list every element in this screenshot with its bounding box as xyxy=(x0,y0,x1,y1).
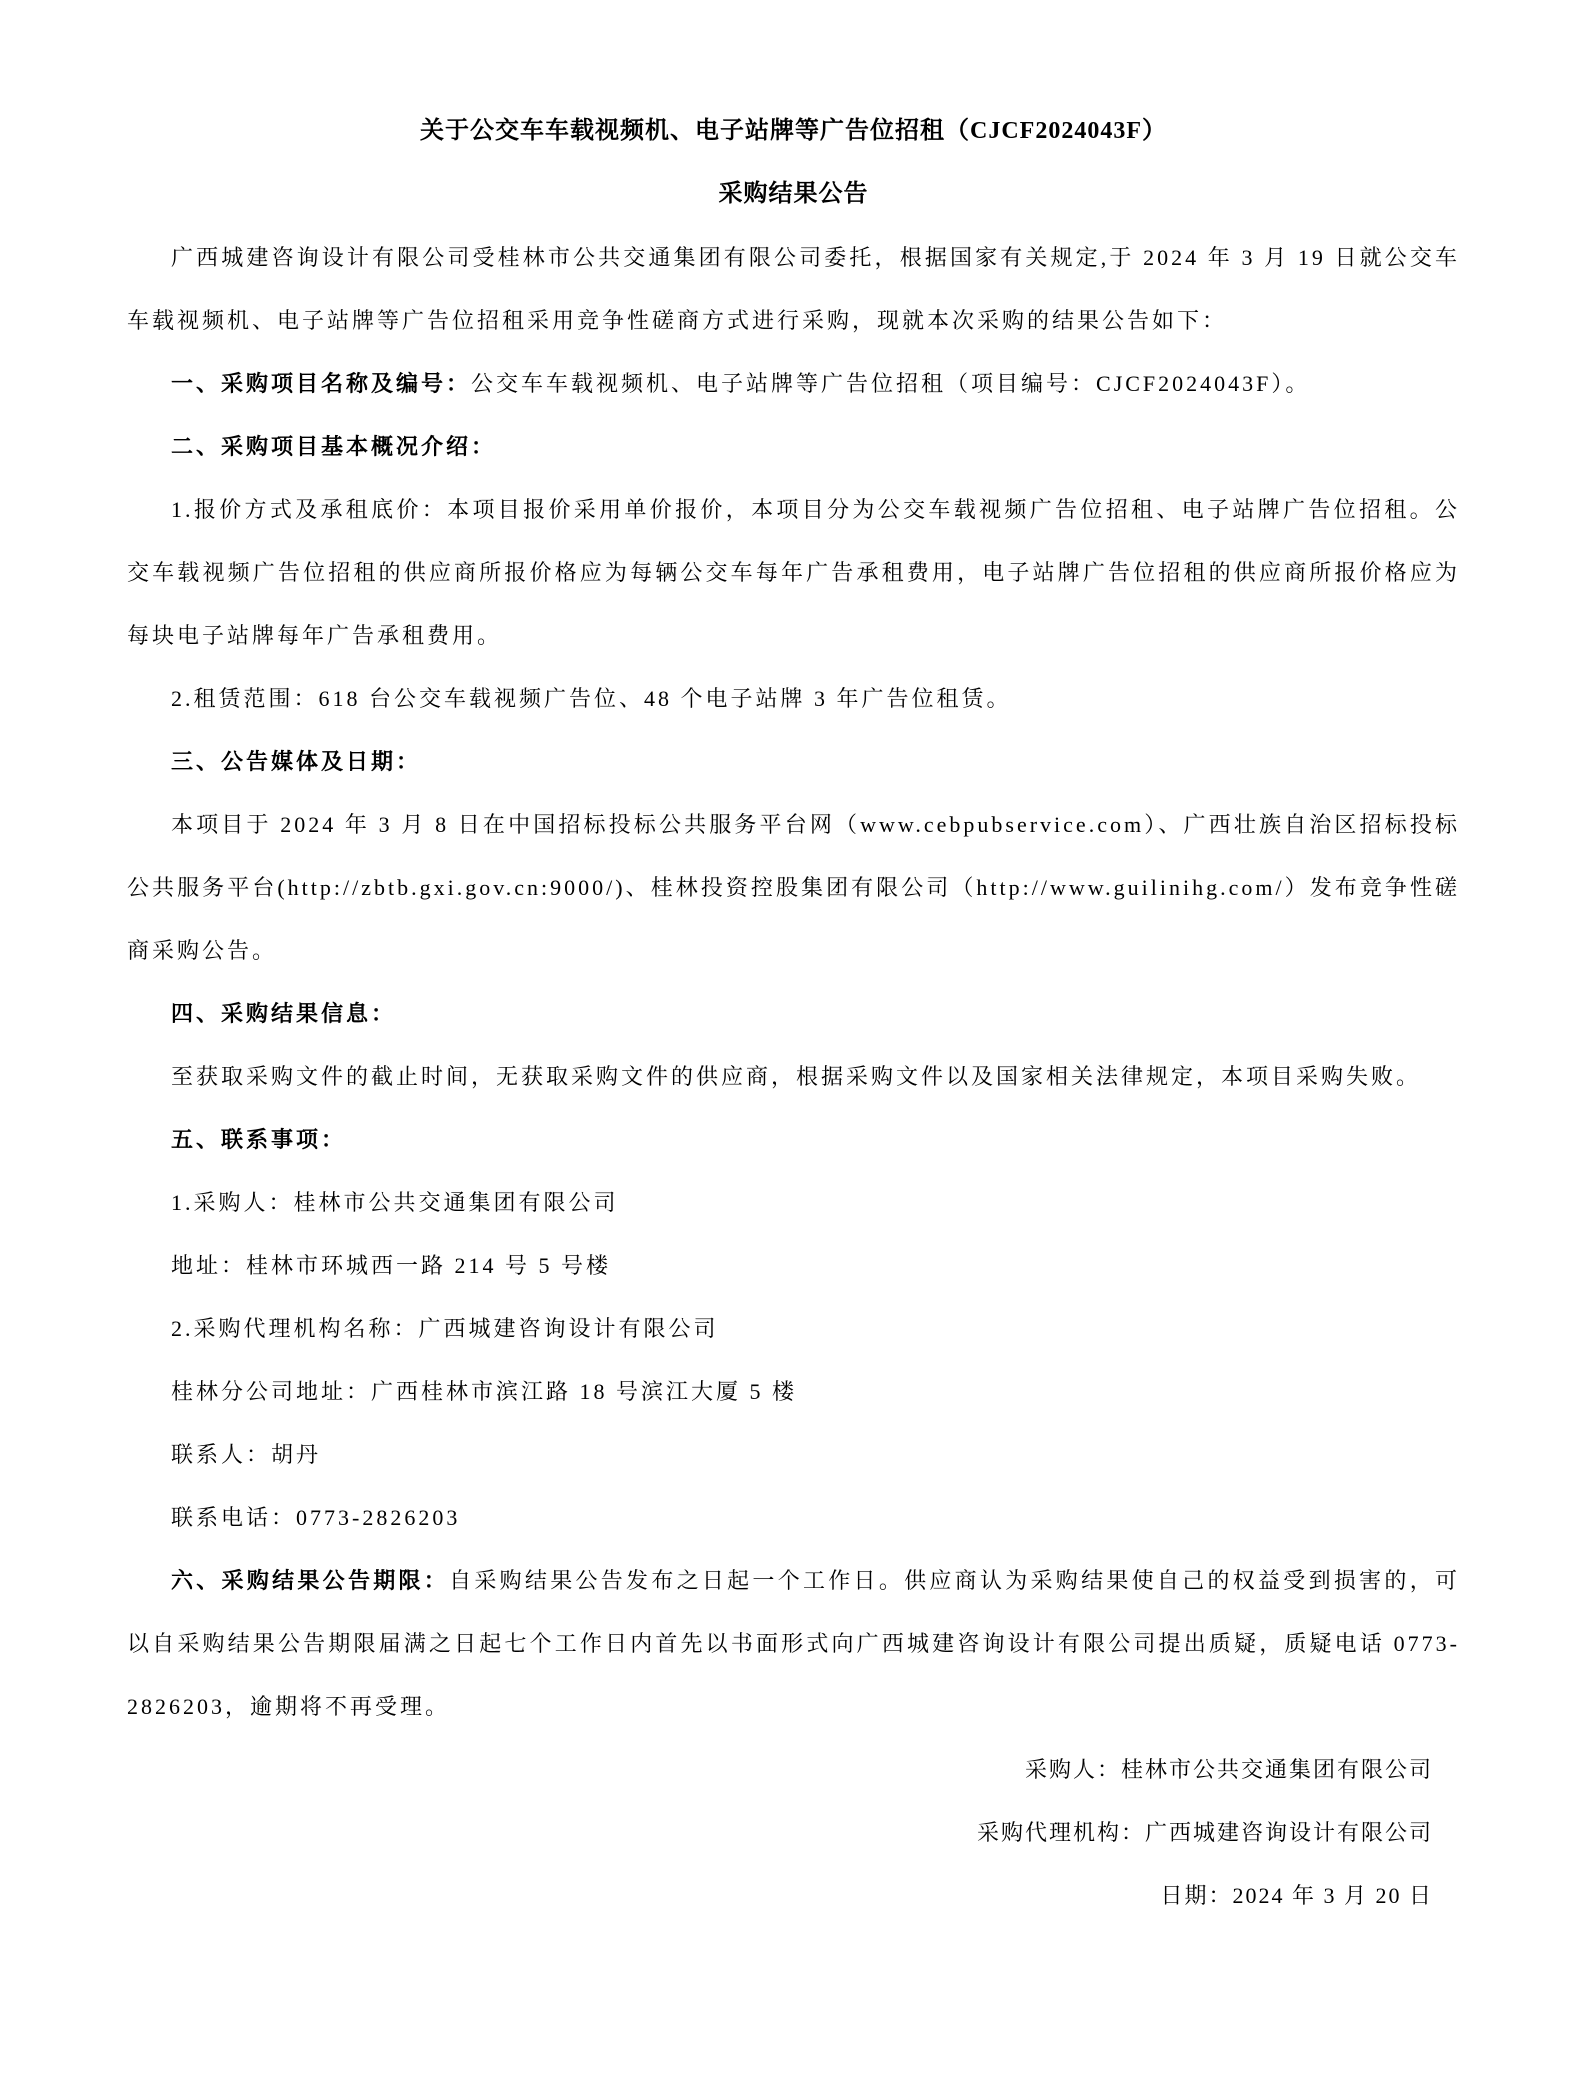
result-info-paragraph: 至获取采购文件的截止时间，无获取采购文件的供应商，根据采购文件以及国家相关法律规… xyxy=(127,1045,1460,1108)
contact-person-line: 联系人：胡丹 xyxy=(127,1423,1460,1486)
doc-title: 关于公交车车载视频机、电子站牌等广告位招租（CJCF2024043F） xyxy=(127,100,1460,163)
contact-agency-line: 2.采购代理机构名称：广西城建咨询设计有限公司 xyxy=(127,1297,1460,1360)
section-6-heading-bold: 六、采购结果公告期限： xyxy=(171,1568,449,1593)
doc-subtitle: 采购结果公告 xyxy=(127,163,1460,226)
pricing-method-text: 1.报价方式及承租底价：本项目报价采用单价报价，本项目分为公交车载视频广告位招租… xyxy=(127,497,1460,648)
contact-agency-text: 2.采购代理机构名称：广西城建咨询设计有限公司 xyxy=(171,1316,719,1341)
pricing-method-paragraph: 1.报价方式及承租底价：本项目报价采用单价报价，本项目分为公交车载视频广告位招租… xyxy=(127,478,1460,667)
contact-phone-line: 联系电话：0773-2826203 xyxy=(127,1486,1460,1549)
contact-phone-text: 联系电话：0773-2826203 xyxy=(171,1505,460,1530)
contact-purchaser-address-text: 地址：桂林市环城西一路 214 号 5 号楼 xyxy=(171,1253,611,1278)
contact-purchaser-line: 1.采购人：桂林市公共交通集团有限公司 xyxy=(127,1171,1460,1234)
contact-person-text: 联系人：胡丹 xyxy=(171,1442,321,1467)
section-6-announcement-term: 六、采购结果公告期限：自采购结果公告发布之日起一个工作日。供应商认为采购结果使自… xyxy=(127,1549,1460,1738)
contact-purchaser-text: 1.采购人：桂林市公共交通集团有限公司 xyxy=(171,1190,619,1215)
lease-scope-text: 2.租赁范围：618 台公交车载视频广告位、48 个电子站牌 3 年广告位租赁。 xyxy=(171,686,1012,711)
section-5-heading-bold: 五、联系事项： xyxy=(171,1127,346,1152)
section-1-project-name: 一、采购项目名称及编号：公交车车载视频机、电子站牌等广告位招租（项目编号：CJC… xyxy=(127,352,1460,415)
document-page: 关于公交车车载视频机、电子站牌等广告位招租（CJCF2024043F） 采购结果… xyxy=(0,0,1587,2100)
section-2-heading: 二、采购项目基本概况介绍： xyxy=(127,415,1460,478)
section-2-heading-bold: 二、采购项目基本概况介绍： xyxy=(171,434,496,459)
signature-purchaser: 采购人：桂林市公共交通集团有限公司 xyxy=(127,1738,1460,1801)
paragraph-intro: 广西城建咨询设计有限公司受桂林市公共交通集团有限公司委托，根据国家有关规定,于 … xyxy=(127,226,1460,352)
media-date-paragraph: 本项目于 2024 年 3 月 8 日在中国招标投标公共服务平台网（www.ce… xyxy=(127,793,1460,982)
section-1-heading: 一、采购项目名称及编号： xyxy=(171,371,471,396)
media-date-text: 本项目于 2024 年 3 月 8 日在中国招标投标公共服务平台网（www.ce… xyxy=(127,812,1460,963)
contact-agency-address-line: 桂林分公司地址：广西桂林市滨江路 18 号滨江大厦 5 楼 xyxy=(127,1360,1460,1423)
section-1-text: 公交车车载视频机、电子站牌等广告位招租（项目编号：CJCF2024043F）。 xyxy=(471,371,1310,396)
section-5-heading: 五、联系事项： xyxy=(127,1108,1460,1171)
signature-date: 日期：2024 年 3 月 20 日 xyxy=(127,1864,1460,1927)
contact-agency-address-text: 桂林分公司地址：广西桂林市滨江路 18 号滨江大厦 5 楼 xyxy=(171,1379,797,1404)
lease-scope-paragraph: 2.租赁范围：618 台公交车载视频广告位、48 个电子站牌 3 年广告位租赁。 xyxy=(127,667,1460,730)
signature-agency: 采购代理机构：广西城建咨询设计有限公司 xyxy=(127,1801,1460,1864)
section-4-heading-bold: 四、采购结果信息： xyxy=(171,1001,396,1026)
result-info-text: 至获取采购文件的截止时间，无获取采购文件的供应商，根据采购文件以及国家相关法律规… xyxy=(171,1064,1421,1089)
contact-purchaser-address-line: 地址：桂林市环城西一路 214 号 5 号楼 xyxy=(127,1234,1460,1297)
section-3-heading: 三、公告媒体及日期： xyxy=(127,730,1460,793)
section-4-heading: 四、采购结果信息： xyxy=(127,982,1460,1045)
section-3-heading-bold: 三、公告媒体及日期： xyxy=(171,749,421,774)
paragraph-intro-text: 广西城建咨询设计有限公司受桂林市公共交通集团有限公司委托，根据国家有关规定,于 … xyxy=(127,245,1460,333)
